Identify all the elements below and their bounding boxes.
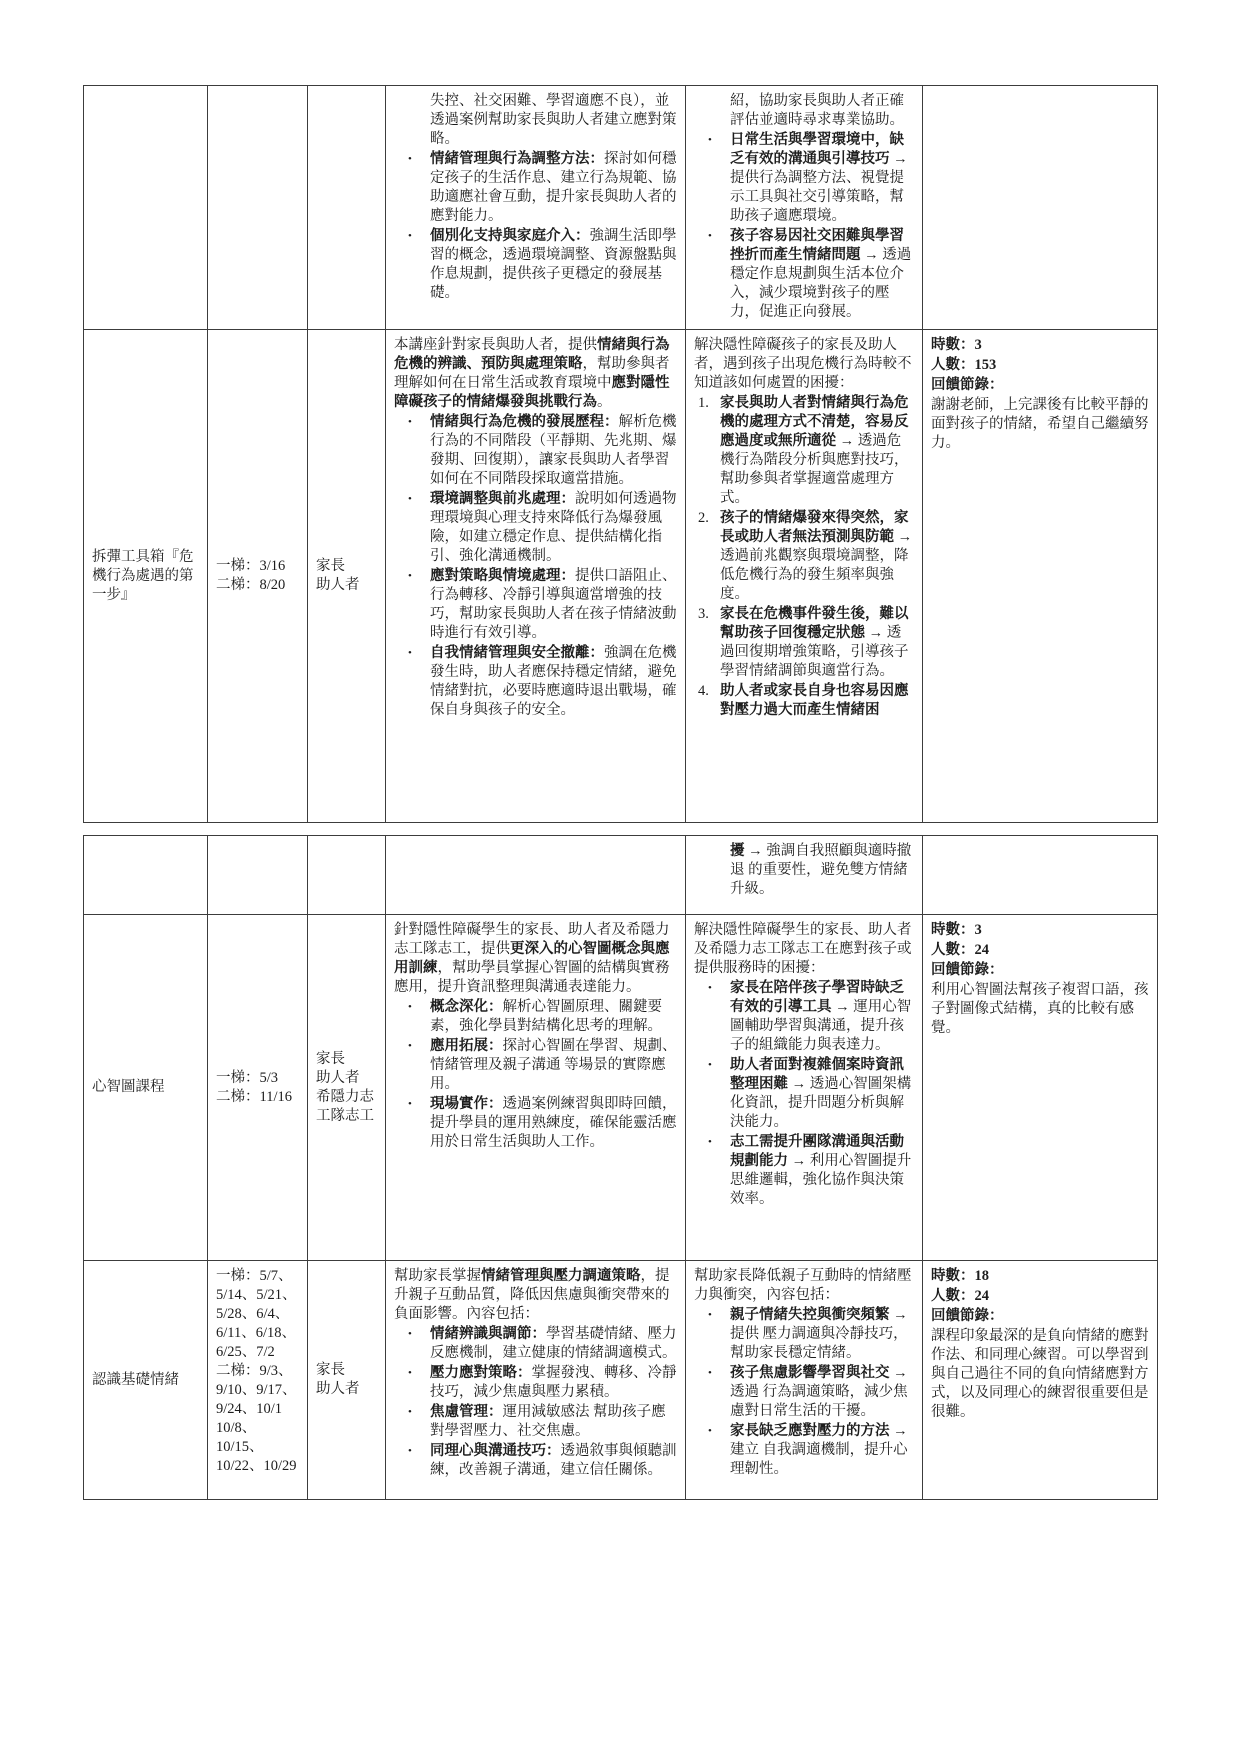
paragraph: 回饋節錄：	[931, 1307, 1149, 1326]
bullet-marker: •	[408, 1037, 430, 1094]
list-item: •家長在陪伴孩子學習時缺乏有效的引導工具 → 運用心智圖輔助學習與溝通，提升孩子…	[694, 979, 914, 1055]
list-item: •情緒與行為危機的發展歷程：解析危機行為的不同階段（平靜期、先兆期、爆發期、回復…	[394, 413, 677, 489]
list-item: •助人者面對複雜個案時資訊整理困難 → 透過心智圖架構化資訊，提升問題分析與解決…	[694, 1056, 914, 1132]
list-item: 4.助人者或家長自身也容易因應對壓力過大而產生情緒困	[694, 682, 914, 720]
paragraph: 回饋節錄：	[931, 376, 1149, 395]
bullet-marker: •	[408, 998, 430, 1036]
bullet-marker: •	[708, 131, 730, 226]
list-item: •情緒管理與行為調整方法：探討如何穩定孩子的生活作息、建立行為規範、協助適應社會…	[394, 150, 677, 226]
course-table-bottom: 擾 → 強調自我照顧與適時撤退 的重要性，避免雙方情緒升級。 心智圖課程 一梯：…	[83, 835, 1158, 1500]
list-item: •情緒辨識與調節：學習基礎情緒、壓力反應機制，建立健康的情緒調適模式。	[394, 1325, 677, 1363]
list-item: •志工需提升團隊溝通與活動規劃能力 → 利用心智圖提升思維邏輯，強化協作與決策效…	[694, 1133, 914, 1209]
bullet-marker: •	[408, 1095, 430, 1152]
paragraph: 人數：24	[931, 941, 1149, 960]
cell-course-name: 拆彈工具箱『危機行為處遇的第一步』	[84, 330, 208, 823]
list-item: •個別化支持與家庭介入：強調生活即學習的概念，透過環境調整、資源盤點與作息規劃，…	[394, 227, 677, 303]
list-item: •環境調整與前兆處理：說明如何透過物理環境與心理支持來降低行為爆發風險，如建立穩…	[394, 490, 677, 566]
paragraph: 失控、社交困難、學習適應不良），並透過案例幫助家長與助人者建立應對策略。	[394, 92, 677, 149]
paragraph: 謝謝老師，上完課後有比較平靜的面對孩子的情緒，希望自己繼續努力。	[931, 396, 1149, 453]
bullet-marker: •	[408, 413, 430, 489]
cell-problems-addressed: 解決隱性障礙學生的家長、助人者及希隱力志工隊志工在應對孩子或提供服務時的困擾：•…	[686, 915, 923, 1261]
cell-stats-feedback	[923, 86, 1158, 330]
bullet-marker: •	[708, 227, 730, 322]
number-marker: 4.	[698, 682, 720, 720]
paragraph: 解決隱性障礙學生的家長、助人者及希隱力志工隊志工在應對孩子或提供服務時的困擾：	[694, 921, 914, 978]
cell-course-name	[84, 836, 208, 915]
cell-dates: 一梯：5/3 二梯：11/16	[208, 915, 308, 1261]
cell-audience	[308, 86, 386, 330]
cell-audience: 家長 助人者 希隱力志工隊志工	[308, 915, 386, 1261]
scanned-document-page: 失控、社交困難、學習適應不良），並透過案例幫助家長與助人者建立應對策略。•情緒管…	[0, 0, 1240, 1754]
number-marker: 1.	[698, 394, 720, 508]
table-row-mindmap-course: 心智圖課程 一梯：5/3 二梯：11/16 家長 助人者 希隱力志工隊志工 針對…	[84, 915, 1158, 1261]
course-table-top: 失控、社交困難、學習適應不良），並透過案例幫助家長與助人者建立應對策略。•情緒管…	[83, 85, 1158, 823]
cell-stats-feedback: 時數：3人數：153回饋節錄：謝謝老師，上完課後有比較平靜的面對孩子的情緒，希望…	[923, 330, 1158, 823]
cell-course-name: 心智圖課程	[84, 915, 208, 1261]
bullet-marker: •	[708, 1306, 730, 1363]
list-item: •孩子容易因社交困難與學習挫折而產生情緒問題 → 透過穩定作息規劃與生活本位介入…	[694, 227, 914, 322]
list-item: 1.家長與助人者對情緒與行為危機的處理方式不清楚，容易反應過度或無所適從 → 透…	[694, 394, 914, 508]
number-marker: 3.	[698, 605, 720, 681]
cell-problems-addressed: 紹，協助家長與助人者正確評估並適時尋求專業協助。•日常生活與學習環境中，缺乏有效…	[686, 86, 923, 330]
list-item: •應用拓展：探討心智圖在學習、規劃、情緒管理及親子溝通 等場景的實際應用。	[394, 1037, 677, 1094]
table-row-continuation: 失控、社交困難、學習適應不良），並透過案例幫助家長與助人者建立應對策略。•情緒管…	[84, 86, 1158, 330]
table-row-crisis-toolbox: 拆彈工具箱『危機行為處遇的第一步』 一梯：3/16 二梯：8/20 家長 助人者…	[84, 330, 1158, 823]
bullet-marker: •	[708, 1133, 730, 1209]
cell-audience: 家長 助人者	[308, 1261, 386, 1500]
cell-problems-addressed: 擾 → 強調自我照顧與適時撤退 的重要性，避免雙方情緒升級。	[686, 836, 923, 915]
paragraph: 解決隱性障礙孩子的家長及助人者，遇到孩子出現危機行為時較不知道該如何處置的困擾：	[694, 336, 914, 393]
list-item: •自我情緒管理與安全撤離：強調在危機發生時，助人者應保持穩定情緒，避免情緒對抗，…	[394, 644, 677, 720]
paragraph: 課程印象最深的是負向情緒的應對作法、和同理心練習。可以學習到與自己過往不同的負向…	[931, 1327, 1149, 1422]
number-marker: 2.	[698, 509, 720, 604]
list-item: 2.孩子的情緒爆發來得突然，家長或助人者無法預測與防範 → 透過前兆觀察與環境調…	[694, 509, 914, 604]
list-item: •家長缺乏應對壓力的方法 →建立 自我調適機制，提升心理韌性。	[694, 1422, 914, 1479]
bullet-marker: •	[408, 227, 430, 303]
list-item: •焦慮管理：運用減敏感法 幫助孩子應對學習壓力、社交焦慮。	[394, 1403, 677, 1441]
cell-course-name	[84, 86, 208, 330]
cell-stats-feedback	[923, 836, 1158, 915]
bullet-marker: •	[708, 1056, 730, 1132]
paragraph: 時數：3	[931, 921, 1149, 940]
bullet-marker: •	[408, 1325, 430, 1363]
paragraph: 時數：3	[931, 336, 1149, 355]
paragraph: 擾 → 強調自我照顧與適時撤退 的重要性，避免雙方情緒升級。	[694, 842, 914, 899]
paragraph: 針對隱性障礙學生的家長、助人者及希隱力志工隊志工，提供更深入的心智圖概念與應用訓…	[394, 921, 677, 997]
paragraph: 幫助家長降低親子互動時的情緒壓力與衝突，內容包括：	[694, 1267, 914, 1305]
bullet-marker: •	[408, 490, 430, 566]
bullet-marker: •	[408, 150, 430, 226]
list-item: •應對策略與情境處理：提供口語阻止、行為轉移、冷靜引導與適當增強的技巧，幫助家長…	[394, 567, 677, 643]
paragraph: 紹，協助家長與助人者正確評估並適時尋求專業協助。	[694, 92, 914, 130]
list-item: 3.家長在危機事件發生後，難以幫助孩子回復穩定狀態 → 透過回復期增強策略，引導…	[694, 605, 914, 681]
list-item: •現場實作：透過案例練習與即時回饋，提升學員的運用熟練度，確保能靈活應用於日常生…	[394, 1095, 677, 1152]
list-item: •孩子焦慮影響學習與社交 →透過 行為調適策略，減少焦慮對日常生活的干擾。	[694, 1364, 914, 1421]
paragraph: 幫助家長掌握情緒管理與壓力調適策略，提升親子互動品質，降低因焦慮與衝突帶來的負面…	[394, 1267, 677, 1324]
cell-stats-feedback: 時數：3人數：24回饋節錄：利用心智圖法幫孩子複習口語，孩子對圖像式結構，真的比…	[923, 915, 1158, 1261]
cell-dates: 一梯：5/7、5/14、5/21、5/28、6/4、6/11、6/18、6/25…	[208, 1261, 308, 1500]
cell-course-content: 本講座針對家長與助人者，提供情緒與行為危機的辨識、預防與處理策略，幫助參與者理解…	[386, 330, 686, 823]
paragraph: 本講座針對家長與助人者，提供情緒與行為危機的辨識、預防與處理策略，幫助參與者理解…	[394, 336, 677, 412]
table-row-basic-emotions: 認識基礎情緒 一梯：5/7、5/14、5/21、5/28、6/4、6/11、6/…	[84, 1261, 1158, 1500]
bullet-marker: •	[408, 1442, 430, 1480]
bullet-marker: •	[408, 1403, 430, 1441]
list-item: •同理心與溝通技巧：透過敘事與傾聽訓練，改善親子溝通，建立信任關係。	[394, 1442, 677, 1480]
bullet-marker: •	[408, 644, 430, 720]
list-item: •概念深化：解析心智圖原理、關鍵要素，強化學員對結構化思考的理解。	[394, 998, 677, 1036]
cell-course-content: 針對隱性障礙學生的家長、助人者及希隱力志工隊志工，提供更深入的心智圖概念與應用訓…	[386, 915, 686, 1261]
paragraph: 時數：18	[931, 1267, 1149, 1286]
cell-course-content: 幫助家長掌握情緒管理與壓力調適策略，提升親子互動品質，降低因焦慮與衝突帶來的負面…	[386, 1261, 686, 1500]
cell-audience: 家長 助人者	[308, 330, 386, 823]
paragraph: 利用心智圖法幫孩子複習口語，孩子對圖像式結構，真的比較有感覺。	[931, 981, 1149, 1038]
paragraph: 人數：153	[931, 356, 1149, 375]
list-item: •壓力應對策略：掌握發洩、轉移、冷靜技巧，減少焦慮與壓力累積。	[394, 1364, 677, 1402]
cell-course-content	[386, 836, 686, 915]
bullet-marker: •	[408, 1364, 430, 1402]
bullet-marker: •	[408, 567, 430, 643]
bullet-marker: •	[708, 1364, 730, 1421]
list-item: •日常生活與學習環境中，缺乏有效的溝通與引導技巧 → 提供行為調整方法、視覺提示…	[694, 131, 914, 226]
bullet-marker: •	[708, 979, 730, 1055]
cell-audience	[308, 836, 386, 915]
cell-course-content: 失控、社交困難、學習適應不良），並透過案例幫助家長與助人者建立應對策略。•情緒管…	[386, 86, 686, 330]
cell-problems-addressed: 幫助家長降低親子互動時的情緒壓力與衝突，內容包括：•親子情緒失控與衝突頻繁 →提…	[686, 1261, 923, 1500]
paragraph: 回饋節錄：	[931, 961, 1149, 980]
table-row-continuation: 擾 → 強調自我照顧與適時撤退 的重要性，避免雙方情緒升級。	[84, 836, 1158, 915]
paragraph: 人數：24	[931, 1287, 1149, 1306]
cell-course-name: 認識基礎情緒	[84, 1261, 208, 1500]
cell-stats-feedback: 時數：18人數：24回饋節錄：課程印象最深的是負向情緒的應對作法、和同理心練習。…	[923, 1261, 1158, 1500]
cell-problems-addressed: 解決隱性障礙孩子的家長及助人者，遇到孩子出現危機行為時較不知道該如何處置的困擾：…	[686, 330, 923, 823]
cell-dates	[208, 86, 308, 330]
bullet-marker: •	[708, 1422, 730, 1479]
list-item: •親子情緒失控與衝突頻繁 →提供 壓力調適與冷靜技巧，幫助家長穩定情緒。	[694, 1306, 914, 1363]
cell-dates	[208, 836, 308, 915]
cell-dates: 一梯：3/16 二梯：8/20	[208, 330, 308, 823]
